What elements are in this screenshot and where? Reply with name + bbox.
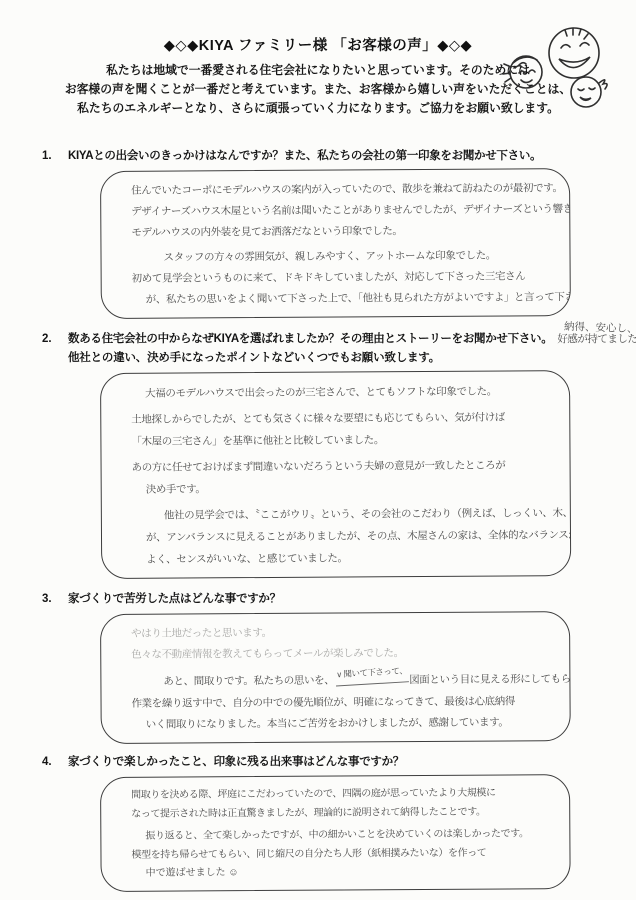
- handwritten-line: よく、センスがいいな、と感じていました。: [132, 546, 556, 571]
- answer-paragraph: 土地探しからでしたが、とても気さくに様々な要望にも応じてもらい、気が付けば 「木…: [131, 406, 555, 453]
- handwritten-line: モデルハウスの内外装を見てお洒落だなという印象でした。: [131, 220, 555, 244]
- handwritten-line: スタッフの方々の雰囲気が、親しみやすく、アットホームな印象でした。: [131, 245, 555, 269]
- question-text: KIYAとの出会いのきっかけはなんですか？また、私たちの会社の第一印象をお聞かせ…: [68, 148, 630, 164]
- handwritten-line: が、アンバランスに見えることがありましたが、その点、木屋さんの家は、全体的なバラ…: [132, 524, 556, 549]
- answer-paragraph: やはり土地だったと思います。 色々な不動産情報を教えてもらってメールが楽しみでし…: [131, 621, 555, 666]
- family-faces-illustration: [502, 20, 624, 112]
- handwritten-line: やはり土地だったと思います。: [131, 621, 555, 645]
- survey-sheet: ◆◇◆KIYA ファミリー様 「お客様の声」◆◇◆ 私たちは地域で一番愛される住…: [0, 0, 636, 900]
- handwritten-line: 振り返ると、全て楽しかったですが、中の細かいことを決めていくのは楽しかったです。: [131, 825, 555, 846]
- handwritten-line: が、私たちの思いをよく聞いて下さった上で、「他社も見られた方がよいですよ」と言っ…: [132, 287, 556, 311]
- answer-paragraph: 他社の見学会では、〝ここがウリ〟という、その会社のこだわり（例えば、しっくい、木…: [132, 502, 556, 571]
- answer-paragraph: 間取りを決める際、坪庭にこだわっていたので、四隅の庭が思っていたより大規模に な…: [131, 784, 555, 824]
- question-number: 3.: [42, 591, 60, 607]
- handwritten-line: いく間取りになりました。本当にご苦労をおかけしましたが、感謝しています。: [132, 712, 556, 736]
- answer-paragraph: 振り返ると、全て楽しかったですが、中の細かいことを決めていくのは楽しかったです。…: [131, 825, 555, 883]
- overflow-note: 納得、安心し、: [564, 319, 636, 337]
- question-number: 4.: [42, 754, 60, 770]
- handwritten-segment: 図面という目に見える形にしてもらう、という: [409, 673, 571, 686]
- question-1: 1. KIYAとの出会いのきっかけはなんですか？また、私たちの会社の第一印象をお…: [42, 148, 630, 164]
- handwritten-line: 決め手です。: [132, 476, 556, 501]
- question-text: 家づくりで楽しかったこと、印象に残る出来事はどんな事ですか？: [68, 754, 630, 770]
- question-2: 2. 数ある住宅会社の中からなぜKIYAを選ばれましたか？その理由とストーリーを…: [42, 331, 630, 366]
- answer-box-2: 大福のモデルハウスで出会ったのが三宅さんで、とてもソフトな印象でした。 土地探し…: [100, 370, 571, 579]
- question-4: 4. 家づくりで楽しかったこと、印象に残る出来事はどんな事ですか？: [42, 754, 630, 770]
- handwritten-line: 大福のモデルハウスで出会ったのが三宅さんで、とてもソフトな印象でした。: [131, 380, 555, 405]
- answer-paragraph: あと、間取りです。私たちの思いを、聞いて下さって、図面という目に見える形にしても…: [131, 669, 555, 736]
- handwritten-line: 「木屋の三宅さん」を基準に他社と比較していました。: [131, 428, 555, 453]
- question-text: 家づくりで苦労した点はどんな事ですか？: [68, 591, 630, 607]
- handwritten-line: 作業を繰り返す中で、自分の中での優先順位が、明確になってきて、最後は心底納得: [131, 691, 555, 715]
- answer-paragraph: 住んでいたコーポにモデルハウスの案内が入っていたので、散歩を兼ねて訪ねたのが最初…: [131, 178, 555, 244]
- question-text: 数ある住宅会社の中からなぜKIYAを選ばれましたか？その理由とストーリーをお聞か…: [68, 333, 552, 345]
- handwritten-line: デザイナーズハウス木屋という名前は聞いたことがありませんでしたが、デザイナーズと…: [131, 199, 555, 223]
- handwritten-line: 初めて見学会というものに来て、ドキドキしていましたが、対応して下さった三宅さん: [132, 266, 556, 290]
- question-3: 3. 家づくりで苦労した点はどんな事ですか？: [42, 591, 630, 607]
- handwritten-line: 中で遊ばせました ☺: [132, 862, 556, 883]
- answer-paragraph: スタッフの方々の雰囲気が、親しみやすく、アットホームな印象でした。 初めて見学会…: [131, 245, 555, 311]
- handwritten-line: 他社の見学会では、〝ここがウリ〟という、その会社のこだわり（例えば、しっくい、木…: [132, 502, 556, 527]
- handwritten-line: 住んでいたコーポにモデルハウスの案内が入っていたので、散歩を兼ねて訪ねたのが最初…: [131, 178, 555, 202]
- handwritten-line: 間取りを決める際、坪庭にこだわっていたので、四隅の庭が思っていたより大規模に: [131, 784, 555, 805]
- question-number: 1.: [42, 148, 60, 164]
- handwritten-line: なって提示された時は正直驚きましたが、理論的に説明されて納得したことです。: [131, 803, 555, 824]
- answer-box-4: 間取りを決める際、坪庭にこだわっていたので、四隅の庭が思っていたより大規模に な…: [100, 774, 571, 891]
- insertion-note: 聞いて下さって、: [335, 660, 409, 686]
- answer-paragraph: あの方に任せておけばまず間違いないだろうという夫婦の意見が一致したところが 決め…: [132, 454, 556, 501]
- answer-box-1: 住んでいたコーポにモデルハウスの案内が入っていたので、散歩を兼ねて訪ねたのが最初…: [100, 168, 571, 319]
- handwritten-line: 土地探しからでしたが、とても気さくに様々な要望にも応じてもらい、気が付けば: [131, 406, 555, 431]
- handwritten-line: あと、間取りです。私たちの思いを、聞いて下さって、図面という目に見える形にしても…: [131, 669, 555, 694]
- answer-paragraph: 大福のモデルハウスで出会ったのが三宅さんで、とてもソフトな印象でした。: [131, 380, 555, 405]
- question-number: 2.: [42, 331, 60, 366]
- handwritten-line: あの方に任せておけばまず間違いないだろうという夫婦の意見が一致したところが: [132, 454, 556, 479]
- question-text-line2: 他社との違い、決め手になったポイントなどいくつでもお願い致します。: [68, 350, 636, 366]
- handwritten-segment: あと、間取りです。私たちの思いを、: [163, 675, 334, 688]
- handwritten-line: 色々な不動産情報を教えてもらってメールが楽しみでした。: [131, 642, 555, 666]
- answer-box-3: やはり土地だったと思います。 色々な不動産情報を教えてもらってメールが楽しみでし…: [100, 611, 571, 744]
